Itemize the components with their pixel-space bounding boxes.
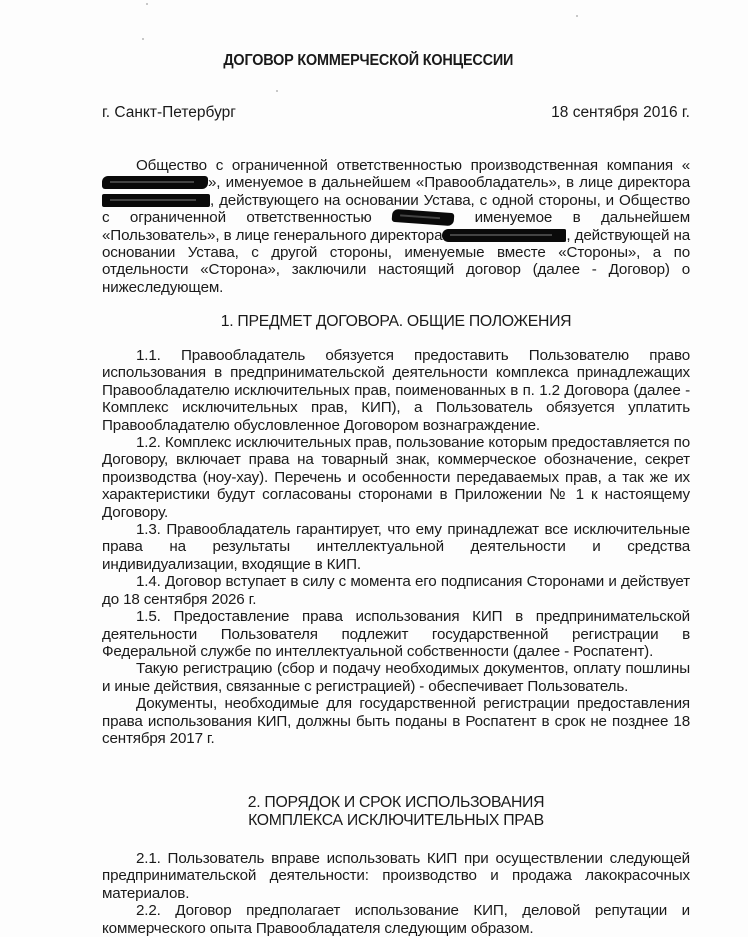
clause-1-3: 1.3. Правообладатель гарантирует, что ем… (102, 521, 690, 573)
scan-speck (276, 90, 278, 92)
scan-speck (142, 38, 144, 40)
redacted-company-name (102, 176, 208, 189)
contract-date: 18 сентября 2016 г. (551, 104, 690, 122)
preamble-text-2: », именуемое в дальнейшем «Правообладате… (208, 174, 690, 191)
document-title: ДОГОВОР КОММЕРЧЕСКОЙ КОНЦЕССИИ (0, 52, 737, 70)
scan-speck (146, 3, 148, 5)
clause-2-1: 2.1. Пользователь вправе использовать КИ… (102, 850, 690, 902)
scan-speck (576, 15, 578, 17)
section-2-heading: 2. ПОРЯДОК И СРОК ИСПОЛЬЗОВАНИЯ КОМПЛЕКС… (102, 794, 690, 829)
section-2-heading-line-1: 2. ПОРЯДОК И СРОК ИСПОЛЬЗОВАНИЯ (102, 794, 690, 812)
contract-place: г. Санкт-Петербург (102, 104, 236, 122)
section-2-body: 2.1. Пользователь вправе использовать КИ… (102, 850, 690, 937)
section-1-body: 1.1. Правообладатель обязуется предостав… (102, 347, 690, 747)
clause-1-5-documents: Документы, необходимые для государственн… (102, 695, 690, 747)
redacted-general-director-name (442, 229, 566, 242)
clause-1-5: 1.5. Предоставление права использования … (102, 608, 690, 660)
clause-1-2: 1.2. Комплекс исключительных прав, польз… (102, 434, 690, 521)
clause-1-5-registration: Такую регистрацию (сбор и подачу необход… (102, 660, 690, 695)
section-1-heading: 1. ПРЕДМЕТ ДОГОВОРА. ОБЩИЕ ПОЛОЖЕНИЯ (102, 313, 690, 331)
clause-2-2: 2.2. Договор предполагает использование … (102, 902, 690, 937)
preamble-text-1: Общество с ограниченной ответственностью… (136, 157, 690, 174)
clause-1-4: 1.4. Договор вступает в силу с момента е… (102, 573, 690, 608)
redacted-director-name (102, 194, 210, 207)
clause-1-1: 1.1. Правообладатель обязуется предостав… (102, 347, 690, 434)
document-page: ДОГОВОР КОММЕРЧЕСКОЙ КОНЦЕССИИ г. Санкт-… (0, 0, 748, 937)
preamble-paragraph: Общество с ограниченной ответственностью… (102, 157, 690, 296)
place-date-row: г. Санкт-Петербург 18 сентября 2016 г. (102, 104, 690, 122)
redacted-user-company-name (392, 209, 455, 226)
section-2-heading-line-2: КОМПЛЕКСА ИСКЛЮЧИТЕЛЬНЫХ ПРАВ (102, 812, 690, 830)
preamble: Общество с ограниченной ответственностью… (102, 157, 690, 296)
